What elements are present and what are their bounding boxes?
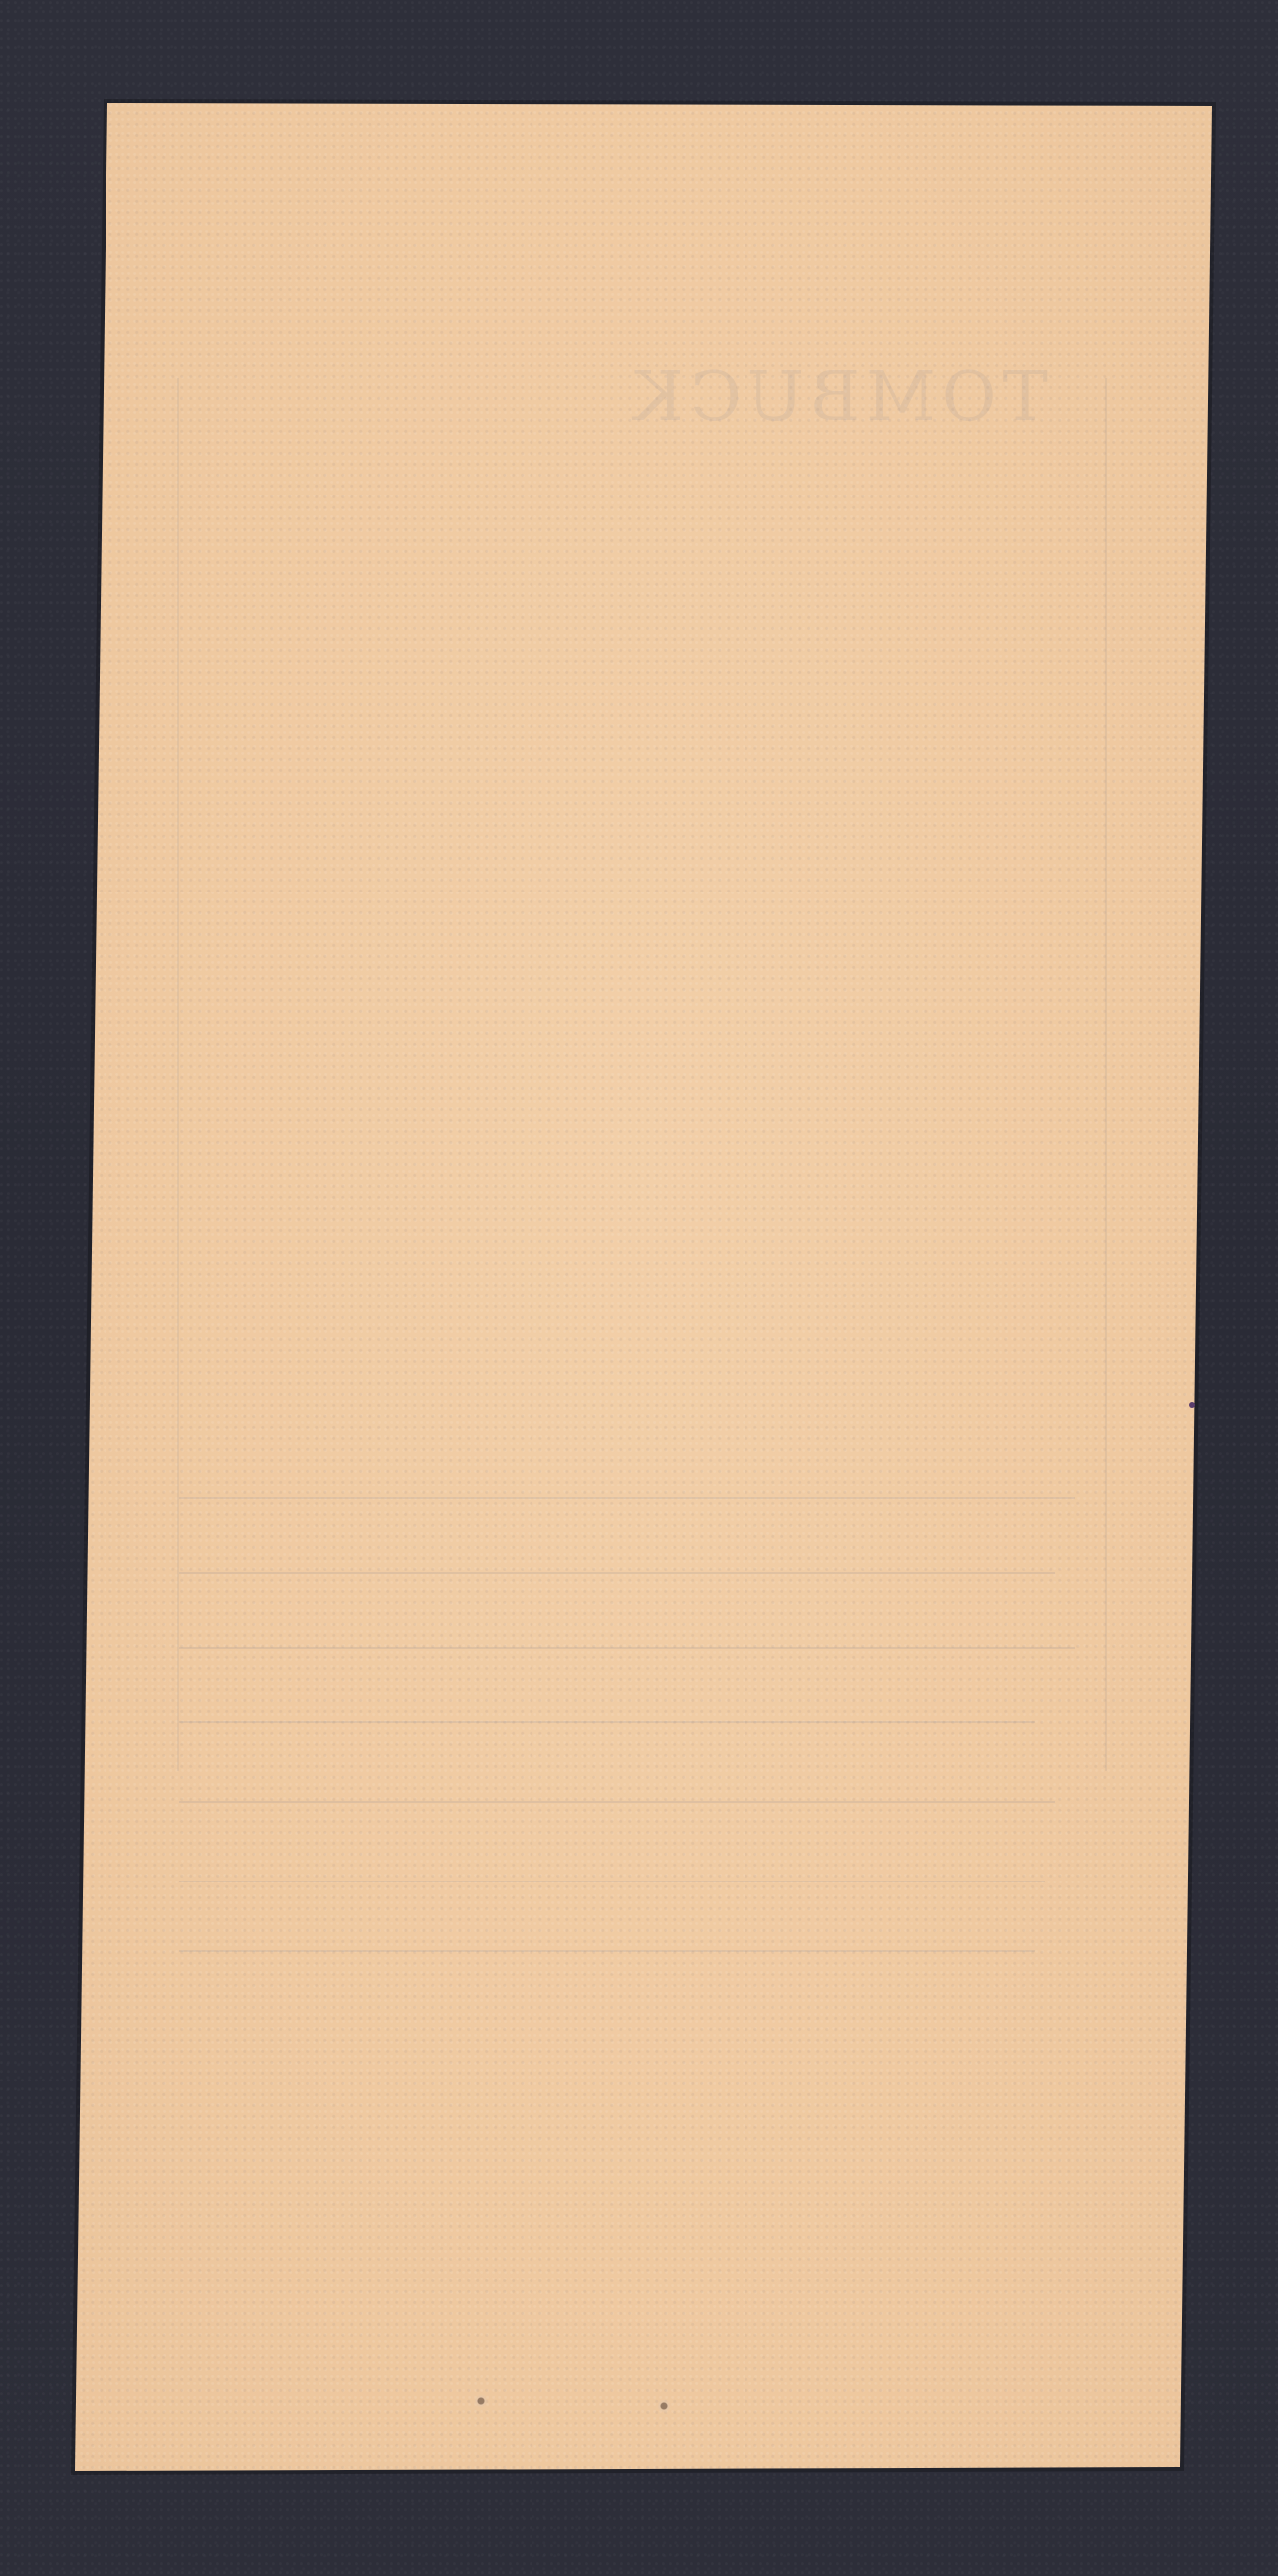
bleed-through-line xyxy=(179,1950,1035,1952)
bleed-through-frame xyxy=(1105,378,1107,1771)
bleed-through-line xyxy=(179,1801,1055,1803)
bleed-through-line xyxy=(179,1497,1075,1499)
paper-hole xyxy=(657,2399,671,2413)
paper-sheet xyxy=(0,0,1278,2576)
bleed-through-line xyxy=(179,1572,1055,1574)
bleed-through-line xyxy=(179,1881,1045,1882)
bleed-through-frame xyxy=(177,378,179,1771)
bleed-through-line xyxy=(179,1647,1075,1649)
bleed-through-line xyxy=(179,1721,1035,1723)
paper-hole xyxy=(474,2394,488,2408)
ink-mark xyxy=(1189,1402,1195,1408)
